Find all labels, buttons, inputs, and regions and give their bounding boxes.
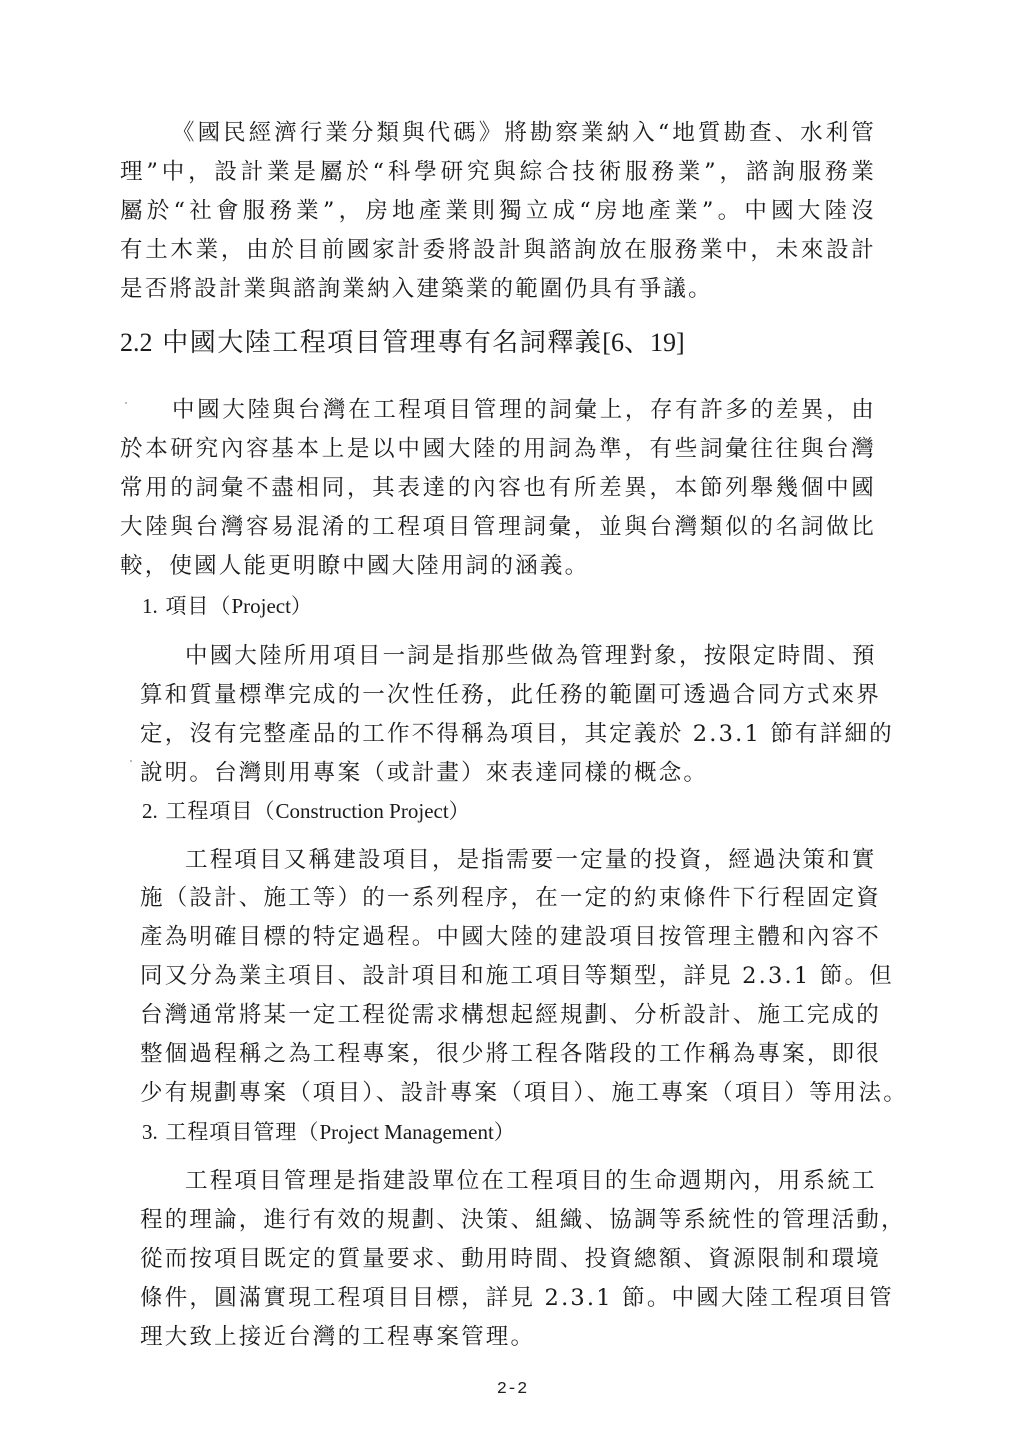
section-citation: [6、19] xyxy=(602,328,684,357)
term-number: 3. xyxy=(142,1120,158,1144)
text-line: 程的理論，進行有效的規劃、決策、組織、協調等系統性的管理活動， xyxy=(140,1205,876,1235)
text-line: 屬於“社會服務業”，房地產業則獨立成“房地產業”。中國大陸沒 xyxy=(120,196,876,226)
text-line: 工程項目管理是指建設單位在工程項目的生命週期內，用系統工 xyxy=(185,1166,876,1196)
page-number: 2-2 xyxy=(0,1380,1024,1399)
term-chinese: 項目 xyxy=(165,594,209,618)
text-line: 是否將設計業與諮詢業納入建築業的範圍仍具有爭議。 xyxy=(120,274,876,304)
text-line: 台灣通常將某一定工程從需求構想起經規劃、分析設計、施工完成的 xyxy=(140,1000,876,1030)
term-english: Project xyxy=(231,594,290,618)
scan-speck xyxy=(130,760,132,762)
text-line: 較，使國人能更明瞭中國大陸用詞的涵義。 xyxy=(120,551,876,581)
text-line: 施（設計、施工等）的一系列程序，在一定的約束條件下行程固定資 xyxy=(140,883,876,913)
section-heading: 2.2 中國大陸工程項目管理專有名詞釋義[6、19] xyxy=(120,326,685,360)
term-english: Construction Project xyxy=(275,799,448,823)
text-line: 工程項目又稱建設項目，是指需要一定量的投資，經過決策和實 xyxy=(185,845,876,875)
text-line: 常用的詞彙不盡相同，其表達的內容也有所差異，本節列舉幾個中國 xyxy=(120,473,876,503)
text-line: 有土木業，由於目前國家計委將設計與諮詢放在服務業中，未來設計 xyxy=(120,235,876,265)
text-line: 說明。台灣則用專案（或計畫）來表達同樣的概念。 xyxy=(140,758,876,788)
text-line: 《國民經濟行業分類與代碼》將勘察業納入“地質勘查、水利管 xyxy=(172,118,876,148)
text-line: 於本研究內容基本上是以中國大陸的用詞為準，有些詞彙往往與台灣 xyxy=(120,434,876,464)
term-heading-project-management: 3. 工程項目管理（Project Management） xyxy=(142,1117,516,1147)
text-line: 定，沒有完整產品的工作不得稱為項目，其定義於 2.3.1 節有詳細的 xyxy=(140,719,876,749)
text-line: 少有規劃專案（項目）、設計專案（項目）、施工專案（項目）等用法。 xyxy=(140,1078,876,1108)
text-line: 理大致上接近台灣的工程專案管理。 xyxy=(140,1322,876,1352)
text-line: 大陸與台灣容易混淆的工程項目管理詞彙，並與台灣類似的名詞做比 xyxy=(120,512,876,542)
document-page: 《國民經濟行業分類與代碼》將勘察業納入“地質勘查、水利管 理”中，設計業是屬於“… xyxy=(0,0,1024,1450)
text-line: 中國大陸所用項目一詞是指那些做為管理對象，按限定時間、預 xyxy=(185,641,876,671)
text-line: 產為明確目標的特定過程。中國大陸的建設項目按管理主體和內容不 xyxy=(140,922,876,952)
term-chinese: 工程項目 xyxy=(165,799,253,823)
text-line: 中國大陸與台灣在工程項目管理的詞彙上，存有許多的差異，由 xyxy=(172,395,876,425)
term-english: Project Management xyxy=(319,1120,493,1144)
term-number: 2. xyxy=(142,799,158,823)
scan-speck xyxy=(125,402,127,404)
term-chinese: 工程項目管理 xyxy=(165,1120,297,1144)
term-heading-project: 1. 項目（Project） xyxy=(142,591,313,621)
text-line: 從而按項目既定的質量要求、動用時間、投資總額、資源限制和環境 xyxy=(140,1244,876,1274)
text-line: 算和質量標準完成的一次性任務，此任務的範圍可透過合同方式來界 xyxy=(140,680,876,710)
text-line: 整個過程稱之為工程專案，很少將工程各階段的工作稱為專案，即很 xyxy=(140,1039,876,1069)
term-heading-construction-project: 2. 工程項目（Construction Project） xyxy=(142,796,471,826)
section-number: 2.2 xyxy=(120,328,153,357)
term-number: 1. xyxy=(142,594,158,618)
section-title: 中國大陸工程項目管理專有名詞釋義 xyxy=(162,328,602,358)
text-line: 理”中，設計業是屬於“科學研究與綜合技術服務業”，諮詢服務業 xyxy=(120,157,876,187)
text-line: 同又分為業主項目、設計項目和施工項目等類型，詳見 2.3.1 節。但 xyxy=(140,961,876,991)
text-line: 條件，圓滿實現工程項目目標，詳見 2.3.1 節。中國大陸工程項目管 xyxy=(140,1283,876,1313)
